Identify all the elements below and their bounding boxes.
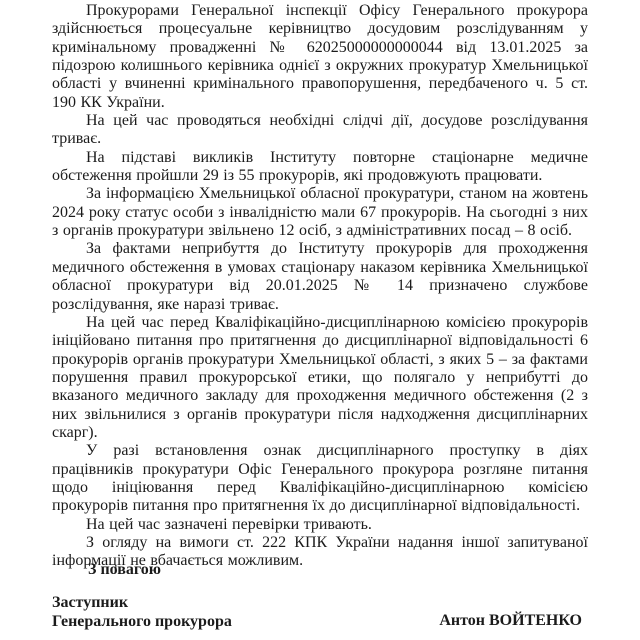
- closing-salutation: З повагою: [88, 561, 161, 579]
- paragraph-7: У разі встановлення ознак дисциплінарног…: [52, 442, 588, 515]
- paragraph-4: За інформацією Хмельницької обласної про…: [52, 185, 588, 240]
- paragraph-3: На підставі викликів Інституту повторне …: [52, 149, 588, 186]
- document-page: Прокурорами Генеральної інспекції Офісу …: [0, 0, 640, 640]
- signer-position-line2: Генерального прокурора: [52, 613, 232, 632]
- paragraph-6: На цей час перед Кваліфікаційно-дисциплі…: [52, 314, 588, 442]
- paragraph-1: Прокурорами Генеральної інспекції Офісу …: [52, 2, 588, 112]
- document-body: Прокурорами Генеральної інспекції Офісу …: [52, 2, 588, 571]
- paragraph-2: На цей час проводяться необхідні слідчі …: [52, 112, 588, 149]
- paragraph-5: За фактами неприбуття до Інституту проку…: [52, 240, 588, 313]
- signer-position-line1: Заступник: [52, 594, 232, 613]
- signer-name: Антон ВОЙТЕНКО: [439, 612, 582, 632]
- signer-position: Заступник Генерального прокурора: [52, 594, 232, 631]
- signature-block: Заступник Генерального прокурора Антон В…: [52, 594, 582, 631]
- paragraph-8: На цей час зазначені перевірки тривають.: [52, 516, 588, 534]
